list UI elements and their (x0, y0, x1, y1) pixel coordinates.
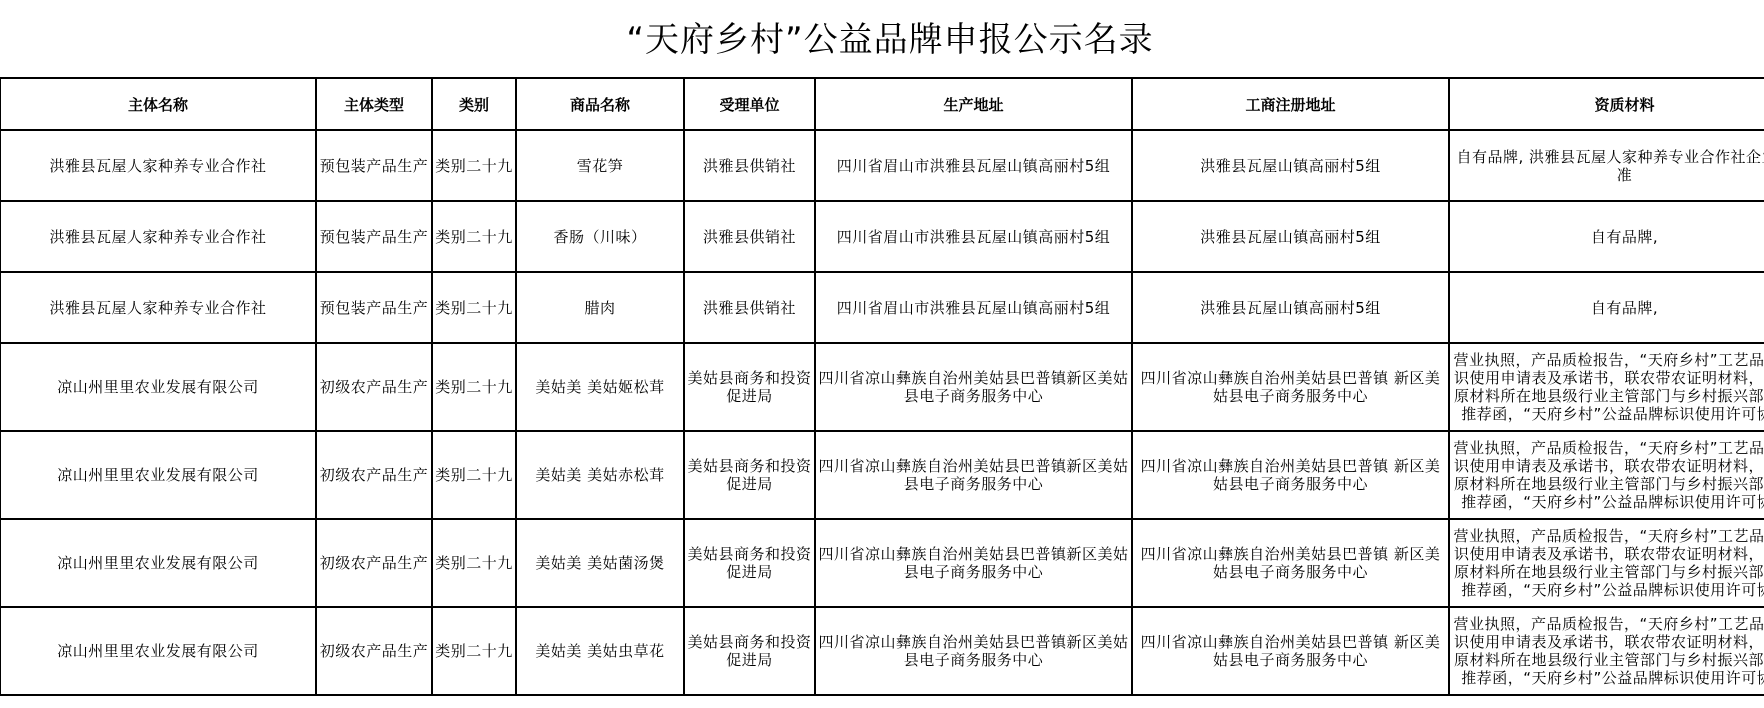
brand-list-table: 主体名称 主体类型 类别 商品名称 受理单位 生产地址 工商注册地址 资质材料 … (0, 77, 1764, 696)
cell-qualifications: 营业执照，产品质检报告，“天府乡村”工艺品牌标识使用申请表及承诺书，联农带农证明… (1449, 607, 1764, 695)
cell-agency: 美姑县商务和投资促进局 (684, 431, 815, 519)
cell-category: 类别二十九 (432, 343, 516, 431)
cell-production-address: 四川省凉山彝族自治州美姑县巴普镇新区美姑县电子商务服务中心 (815, 343, 1132, 431)
cell-production-address: 四川省眉山市洪雅县瓦屋山镇高丽村5组 (815, 130, 1132, 201)
cell-product-name: 美姑美 美姑虫草花 (516, 607, 684, 695)
cell-qualifications: 自有品牌, (1449, 272, 1764, 343)
cell-production-address: 四川省凉山彝族自治州美姑县巴普镇新区美姑县电子商务服务中心 (815, 607, 1132, 695)
cell-entity-name: 凉山州里里农业发展有限公司 (0, 431, 316, 519)
table-row: 凉山州里里农业发展有限公司 初级农产品生产 类别二十九 美姑美 美姑姬松茸 美姑… (0, 343, 1764, 431)
table-row: 凉山州里里农业发展有限公司 初级农产品生产 类别二十九 美姑美 美姑虫草花 美姑… (0, 607, 1764, 695)
cell-category: 类别二十九 (432, 519, 516, 607)
cell-agency: 美姑县商务和投资促进局 (684, 519, 815, 607)
cell-registered-address: 四川省凉山彝族自治州美姑县巴普镇 新区美姑县电子商务服务中心 (1132, 607, 1449, 695)
page-title: “天府乡村”公益品牌申报公示名录 (0, 18, 1764, 62)
cell-qualifications: 营业执照，产品质检报告，“天府乡村”工艺品牌标识使用申请表及承诺书，联农带农证明… (1449, 431, 1764, 519)
cell-registered-address: 洪雅县瓦屋山镇高丽村5组 (1132, 201, 1449, 272)
cell-entity-type: 预包装产品生产 (316, 130, 432, 201)
header-production-address: 生产地址 (815, 78, 1132, 130)
cell-entity-name: 洪雅县瓦屋人家种养专业合作社 (0, 201, 316, 272)
header-qualifications: 资质材料 (1449, 78, 1764, 130)
header-agency: 受理单位 (684, 78, 815, 130)
table-row: 凉山州里里农业发展有限公司 初级农产品生产 类别二十九 美姑美 美姑赤松茸 美姑… (0, 431, 1764, 519)
table-row: 洪雅县瓦屋人家种养专业合作社 预包装产品生产 类别二十九 香肠（川味） 洪雅县供… (0, 201, 1764, 272)
cell-agency: 洪雅县供销社 (684, 201, 815, 272)
cell-registered-address: 四川省凉山彝族自治州美姑县巴普镇 新区美姑县电子商务服务中心 (1132, 519, 1449, 607)
cell-entity-type: 预包装产品生产 (316, 201, 432, 272)
cell-agency: 洪雅县供销社 (684, 130, 815, 201)
cell-agency: 美姑县商务和投资促进局 (684, 343, 815, 431)
table-row: 凉山州里里农业发展有限公司 初级农产品生产 类别二十九 美姑美 美姑菌汤煲 美姑… (0, 519, 1764, 607)
cell-entity-type: 初级农产品生产 (316, 343, 432, 431)
cell-qualifications: 营业执照，产品质检报告，“天府乡村”工艺品牌标识使用申请表及承诺书，联农带农证明… (1449, 519, 1764, 607)
cell-product-name: 美姑美 美姑菌汤煲 (516, 519, 684, 607)
cell-entity-type: 预包装产品生产 (316, 272, 432, 343)
cell-entity-name: 洪雅县瓦屋人家种养专业合作社 (0, 130, 316, 201)
cell-entity-name: 凉山州里里农业发展有限公司 (0, 343, 316, 431)
header-product-name: 商品名称 (516, 78, 684, 130)
cell-product-name: 腊肉 (516, 272, 684, 343)
cell-entity-name: 洪雅县瓦屋人家种养专业合作社 (0, 272, 316, 343)
table-header-row: 主体名称 主体类型 类别 商品名称 受理单位 生产地址 工商注册地址 资质材料 (0, 78, 1764, 130)
cell-category: 类别二十九 (432, 607, 516, 695)
cell-entity-name: 凉山州里里农业发展有限公司 (0, 519, 316, 607)
cell-product-name: 美姑美 美姑赤松茸 (516, 431, 684, 519)
header-entity-type: 主体类型 (316, 78, 432, 130)
cell-registered-address: 四川省凉山彝族自治州美姑县巴普镇 新区美姑县电子商务服务中心 (1132, 431, 1449, 519)
cell-production-address: 四川省凉山彝族自治州美姑县巴普镇新区美姑县电子商务服务中心 (815, 431, 1132, 519)
cell-qualifications: 自有品牌, 洪雅县瓦屋人家种养专业合作社企业标准 (1449, 130, 1764, 201)
cell-product-name: 雪花笋 (516, 130, 684, 201)
table-row: 洪雅县瓦屋人家种养专业合作社 预包装产品生产 类别二十九 腊肉 洪雅县供销社 四… (0, 272, 1764, 343)
cell-registered-address: 洪雅县瓦屋山镇高丽村5组 (1132, 272, 1449, 343)
cell-entity-name: 凉山州里里农业发展有限公司 (0, 607, 316, 695)
cell-agency: 美姑县商务和投资促进局 (684, 607, 815, 695)
cell-qualifications: 自有品牌, (1449, 201, 1764, 272)
cell-entity-type: 初级农产品生产 (316, 607, 432, 695)
cell-category: 类别二十九 (432, 431, 516, 519)
header-registered-address: 工商注册地址 (1132, 78, 1449, 130)
cell-agency: 洪雅县供销社 (684, 272, 815, 343)
cell-registered-address: 四川省凉山彝族自治州美姑县巴普镇 新区美姑县电子商务服务中心 (1132, 343, 1449, 431)
header-entity-name: 主体名称 (0, 78, 316, 130)
table-row: 洪雅县瓦屋人家种养专业合作社 预包装产品生产 类别二十九 雪花笋 洪雅县供销社 … (0, 130, 1764, 201)
cell-production-address: 四川省眉山市洪雅县瓦屋山镇高丽村5组 (815, 201, 1132, 272)
header-category: 类别 (432, 78, 516, 130)
cell-production-address: 四川省眉山市洪雅县瓦屋山镇高丽村5组 (815, 272, 1132, 343)
cell-qualifications: 营业执照，产品质检报告，“天府乡村”工艺品牌标识使用申请表及承诺书，联农带农证明… (1449, 343, 1764, 431)
cell-category: 类别二十九 (432, 201, 516, 272)
cell-product-name: 香肠（川味） (516, 201, 684, 272)
cell-product-name: 美姑美 美姑姬松茸 (516, 343, 684, 431)
document-page: “天府乡村”公益品牌申报公示名录 主体名称 主体类型 类别 商品名称 受理单位 … (0, 0, 1764, 708)
cell-production-address: 四川省凉山彝族自治州美姑县巴普镇新区美姑县电子商务服务中心 (815, 519, 1132, 607)
cell-entity-type: 初级农产品生产 (316, 519, 432, 607)
cell-entity-type: 初级农产品生产 (316, 431, 432, 519)
cell-category: 类别二十九 (432, 130, 516, 201)
cell-registered-address: 洪雅县瓦屋山镇高丽村5组 (1132, 130, 1449, 201)
cell-category: 类别二十九 (432, 272, 516, 343)
